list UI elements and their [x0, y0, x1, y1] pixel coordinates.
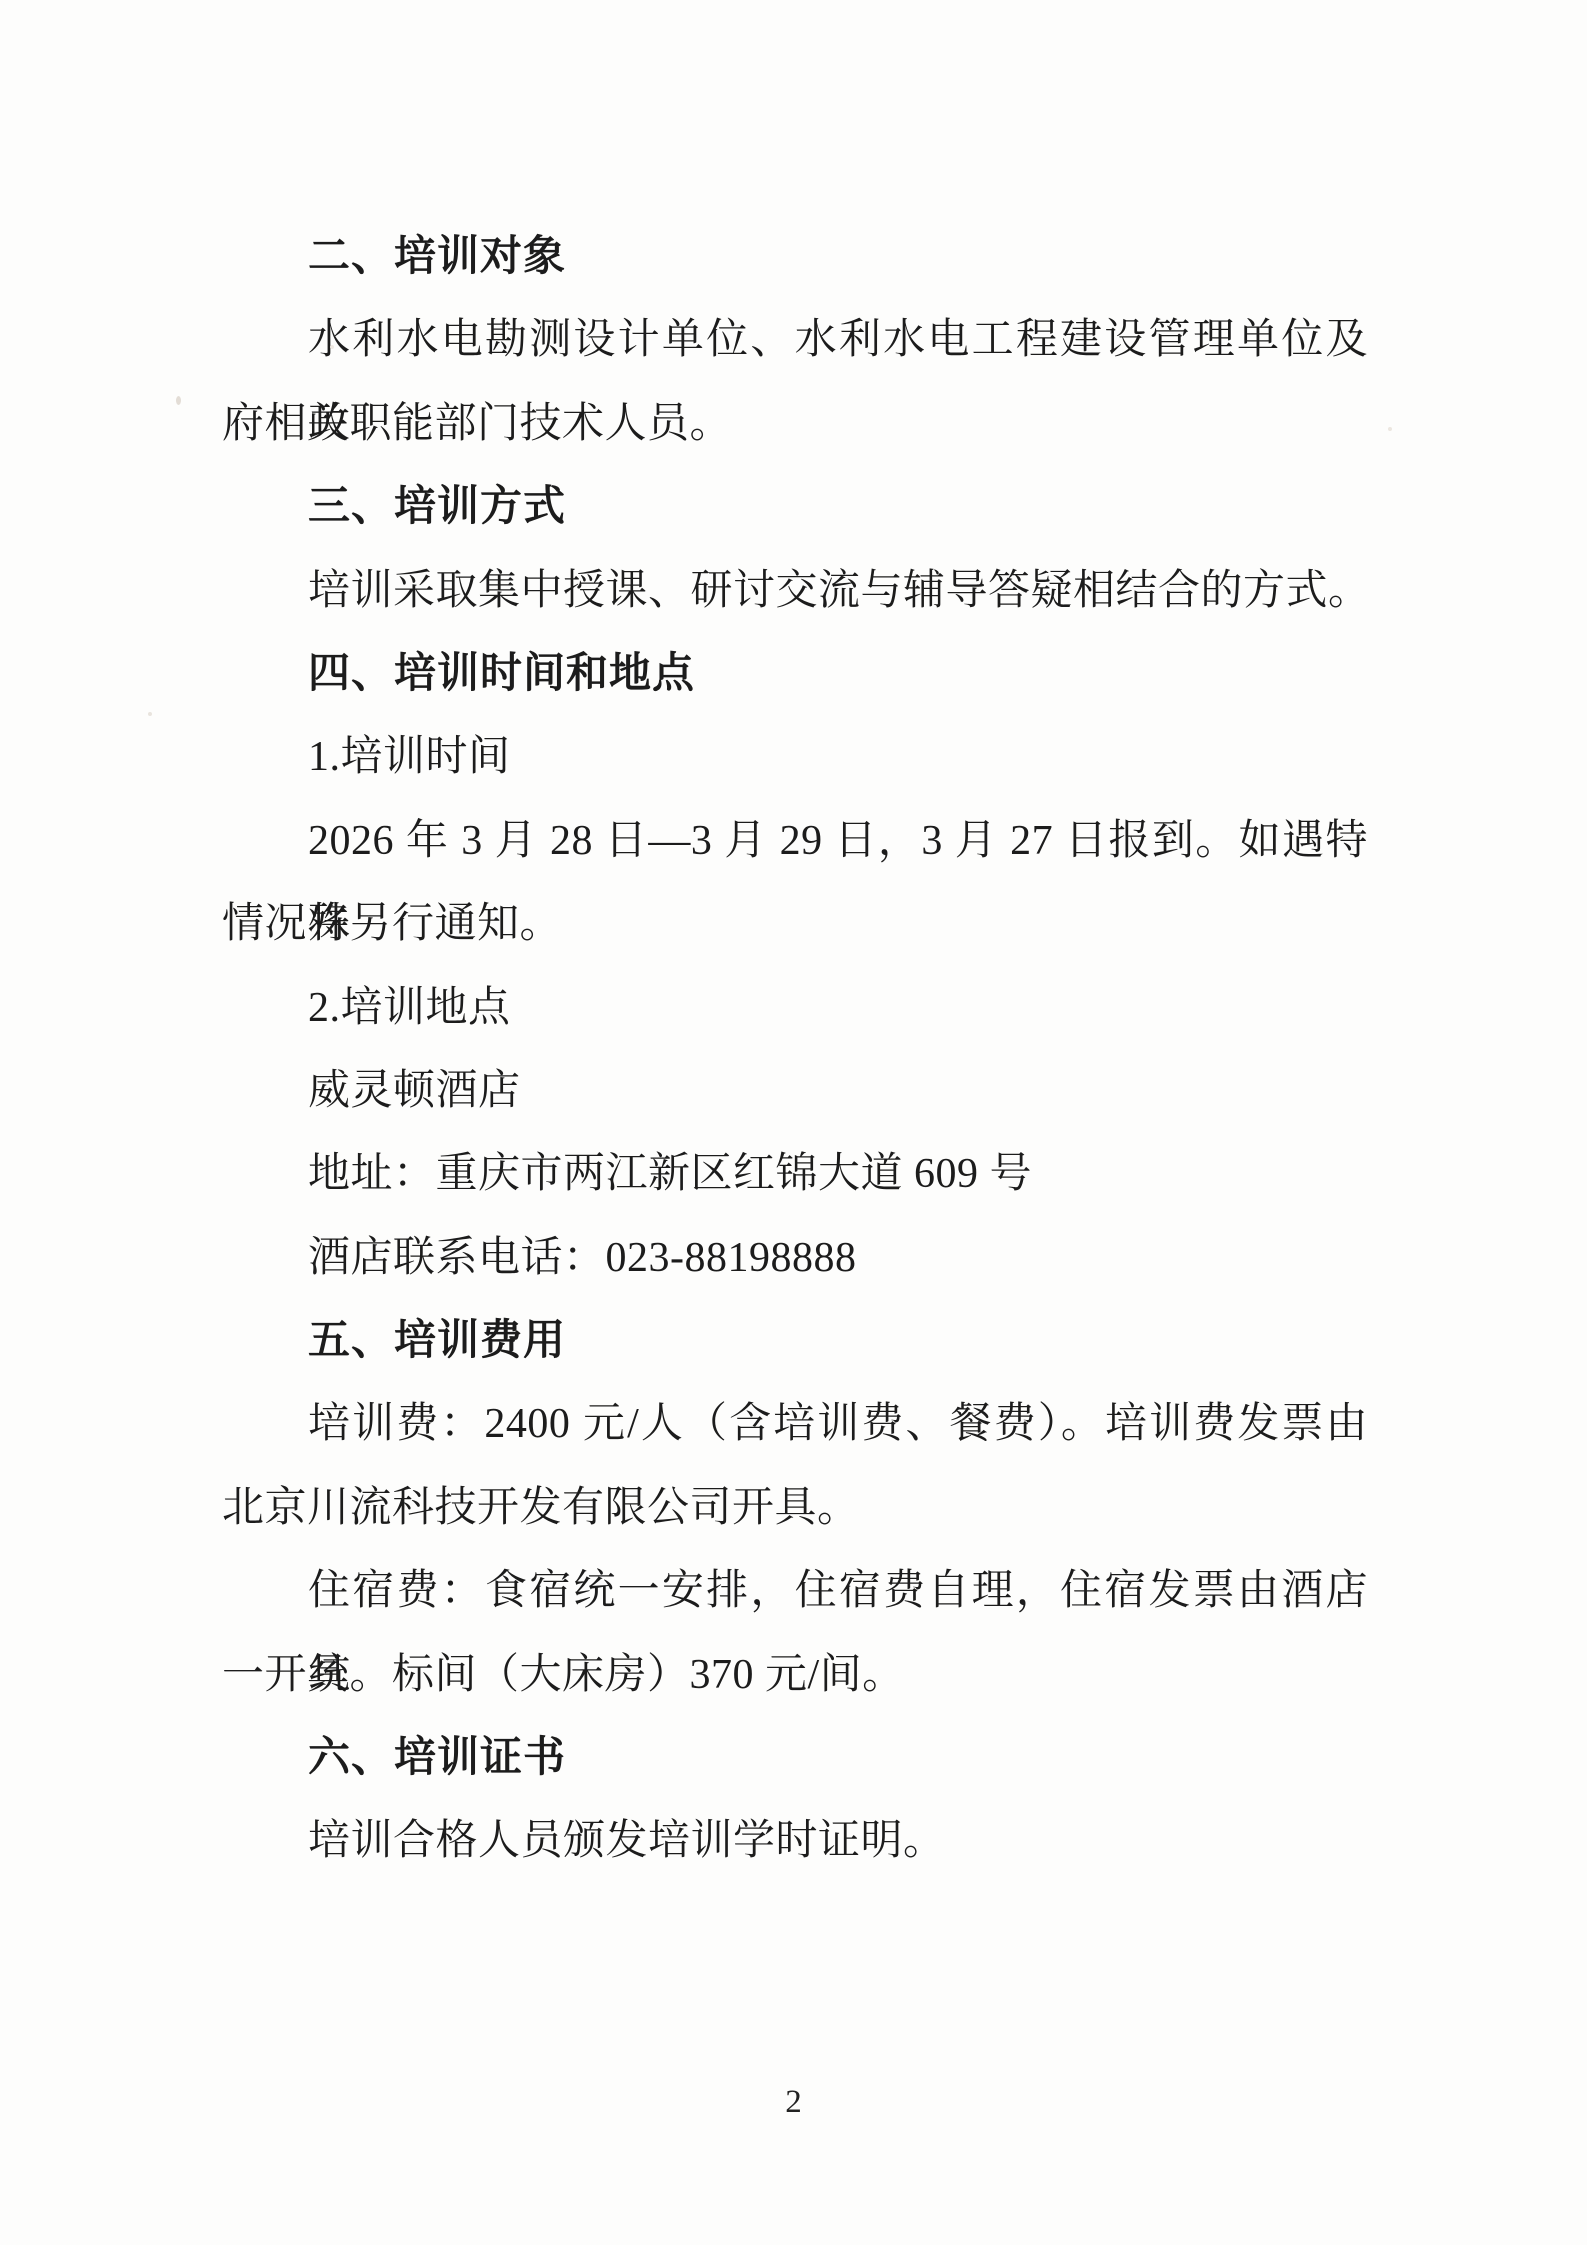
- page-number: 2: [0, 2082, 1587, 2122]
- section-heading: 六、培训证书: [222, 1717, 1368, 1800]
- text-line: 1.培训时间: [222, 716, 1368, 799]
- text-line: 地址：重庆市两江新区红锦大道 609 号: [222, 1133, 1368, 1216]
- text-line: 培训采取集中授课、研讨交流与辅导答疑相结合的方式。: [222, 550, 1368, 633]
- text-line: 一开具。标间（大床房）370 元/间。: [222, 1634, 1368, 1717]
- text-line: 北京川流科技开发有限公司开具。: [222, 1467, 1368, 1550]
- text-line: 情况将另行通知。: [222, 883, 1368, 966]
- section-heading: 五、培训费用: [222, 1300, 1368, 1383]
- text-line: 酒店联系电话：023-88198888: [222, 1217, 1368, 1300]
- section-heading: 四、培训时间和地点: [222, 633, 1368, 716]
- scan-artifact: [1388, 427, 1392, 431]
- scan-artifact: [148, 712, 152, 716]
- section-heading: 三、培训方式: [222, 466, 1368, 549]
- text-line: 培训费：2400 元/人（含培训费、餐费）。培训费发票由: [222, 1383, 1368, 1466]
- text-line: 2026 年 3 月 28 日—3 月 29 日，3 月 27 日报到。如遇特殊: [222, 800, 1368, 883]
- section-heading: 二、培训对象: [222, 216, 1368, 299]
- text-line: 府相关职能部门技术人员。: [222, 383, 1368, 466]
- document-body: 二、培训对象水利水电勘测设计单位、水利水电工程建设管理单位及政府相关职能部门技术…: [222, 216, 1368, 1884]
- text-line: 威灵顿酒店: [222, 1050, 1368, 1133]
- scan-artifact: [176, 396, 181, 405]
- document-page: 二、培训对象水利水电勘测设计单位、水利水电工程建设管理单位及政府相关职能部门技术…: [0, 0, 1587, 2245]
- text-line: 2.培训地点: [222, 967, 1368, 1050]
- text-line: 水利水电勘测设计单位、水利水电工程建设管理单位及政: [222, 299, 1368, 382]
- text-line: 培训合格人员颁发培训学时证明。: [222, 1800, 1368, 1883]
- text-line: 住宿费：食宿统一安排，住宿费自理，住宿发票由酒店统: [222, 1550, 1368, 1633]
